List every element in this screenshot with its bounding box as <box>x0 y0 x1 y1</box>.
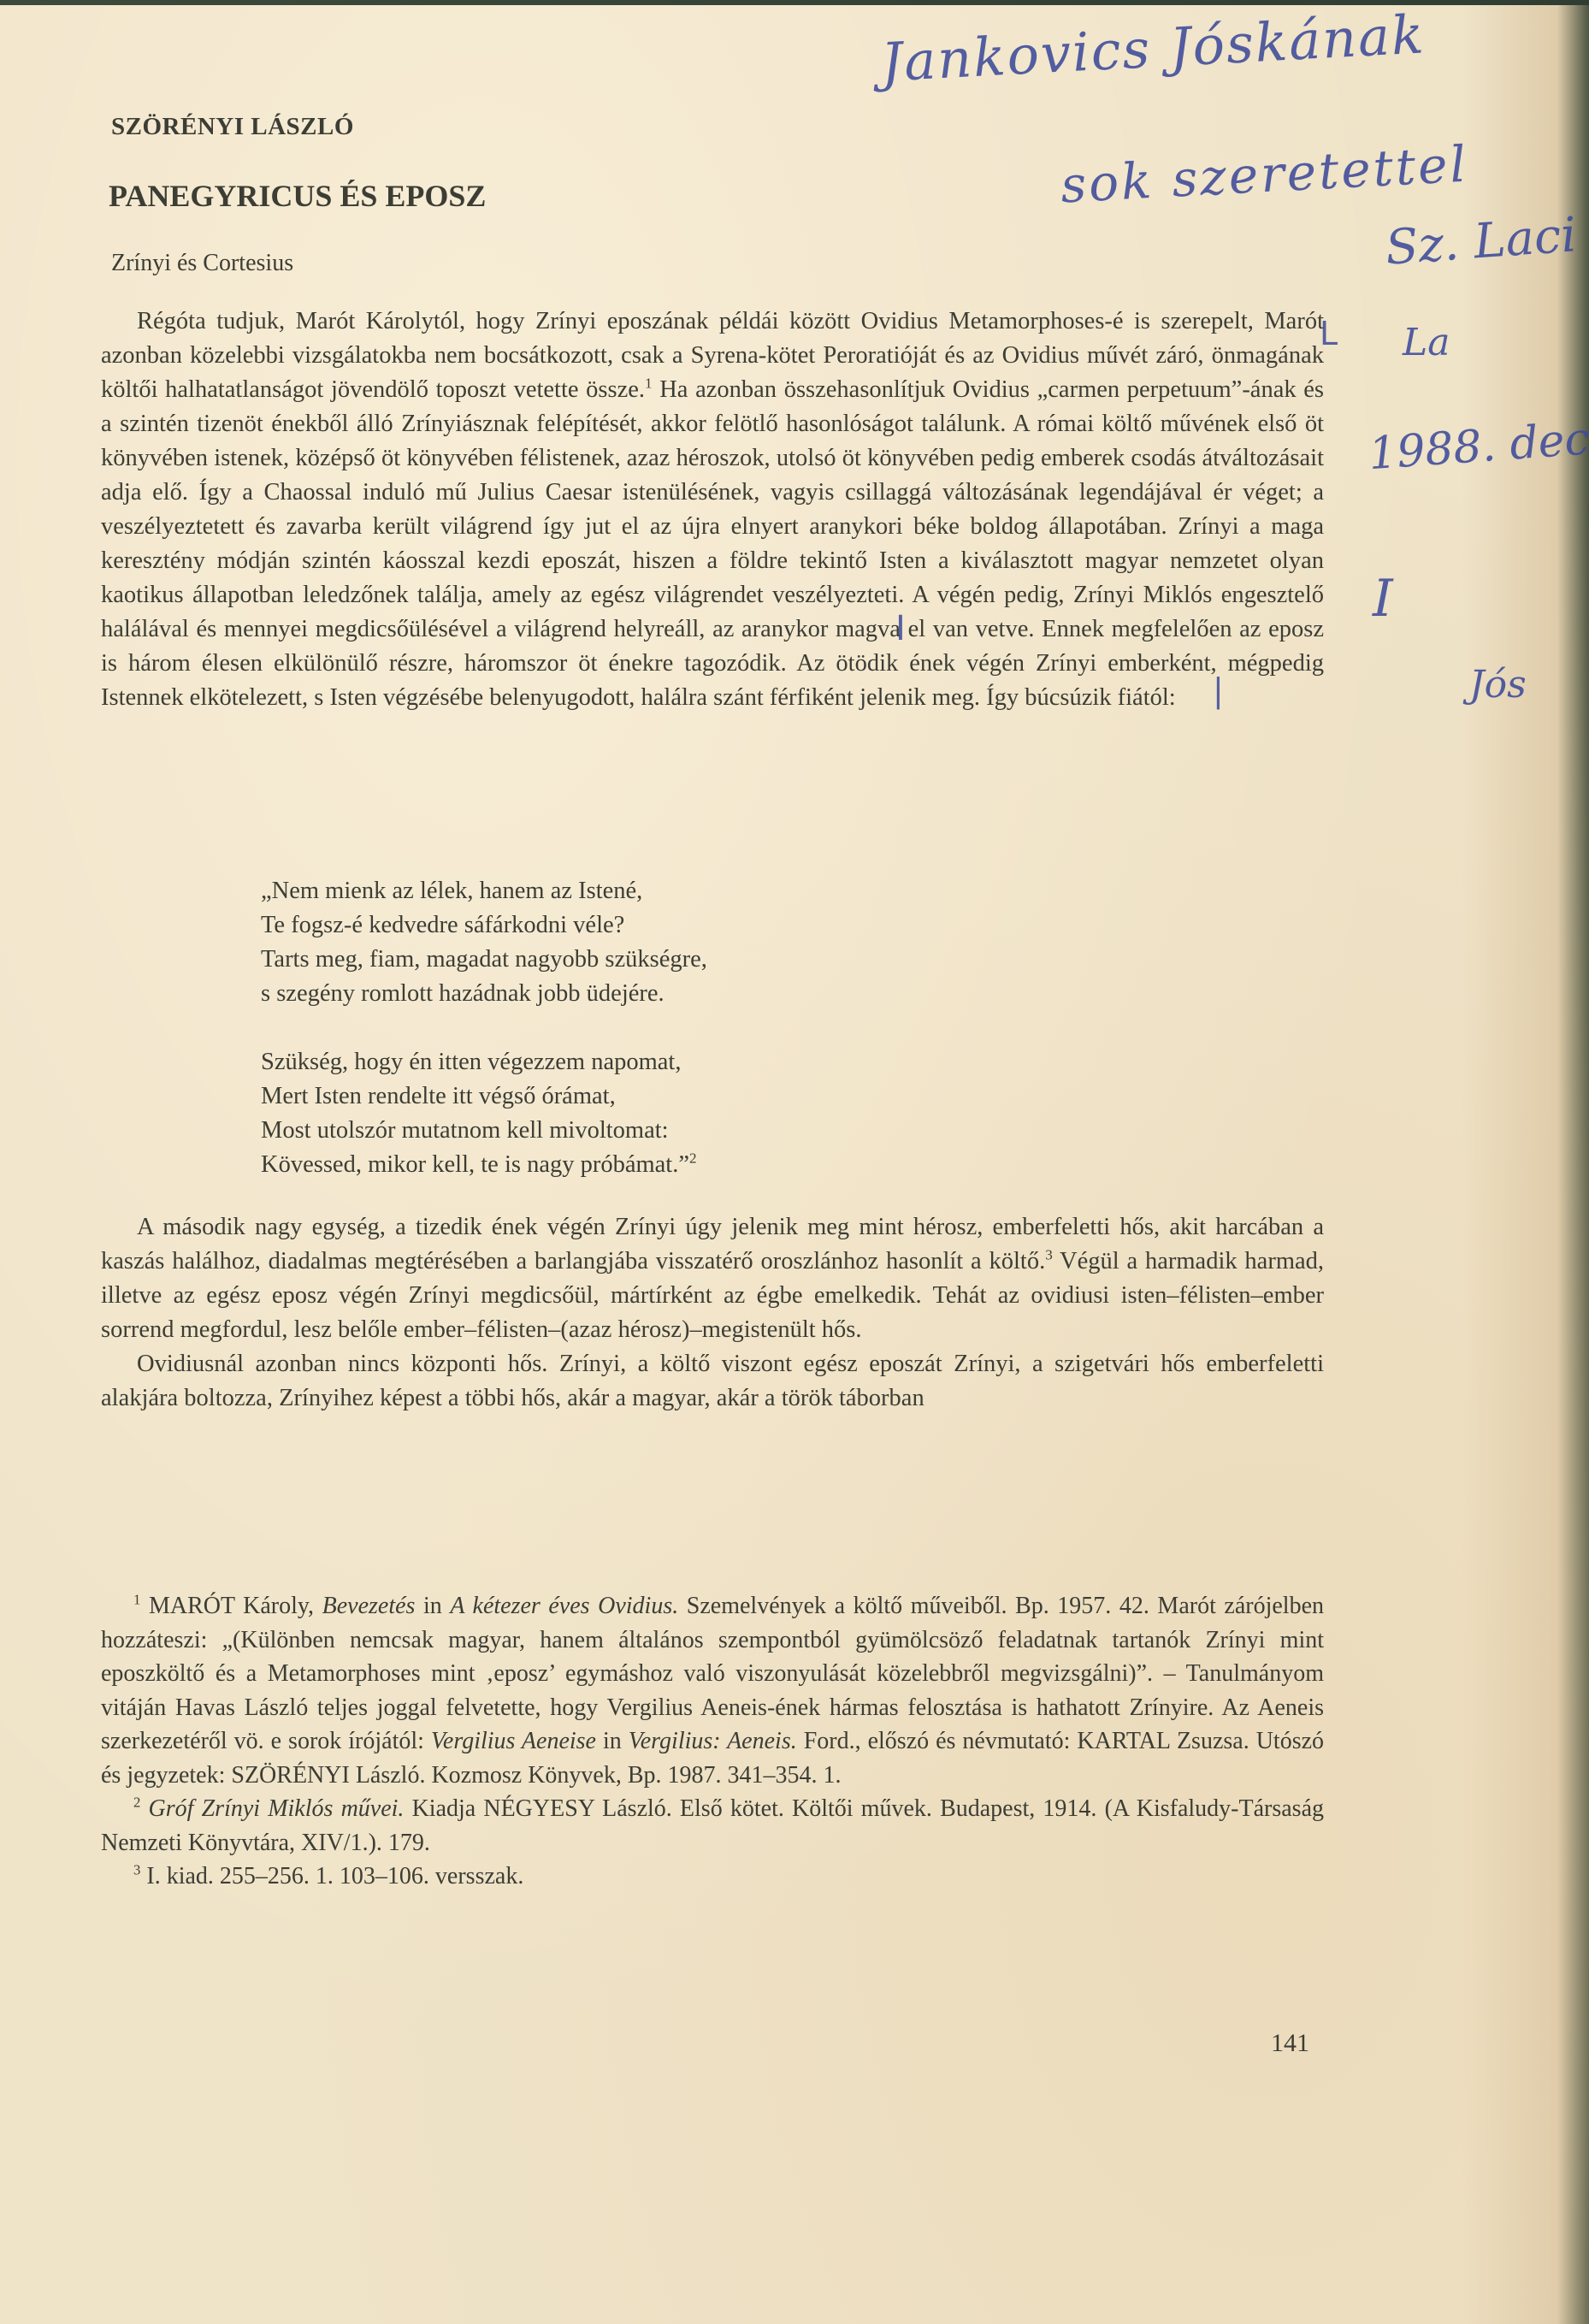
footnote-1: 1 MARÓT Károly, Bevezetés in A kétezer é… <box>101 1589 1324 1792</box>
handwritten-date: 1988. dec 7. <box>1367 410 1589 481</box>
footnote-italic: A kétezer éves Ovidius. <box>450 1593 678 1619</box>
poem-line: s szegény romlott hazádnak jobb üdejére. <box>261 977 707 1011</box>
poem-stanza-2: Szükség, hogy én itten végezzem napomat,… <box>261 1045 707 1182</box>
handwritten-dedication-line-1: Jankovics Jóskának <box>880 3 1427 93</box>
footnote-italic: Vergilius Aeneise <box>431 1728 596 1754</box>
footnote-text: in <box>415 1593 450 1619</box>
poem-line: Tarts meg, fiam, magadat nagyobb szükség… <box>261 943 707 977</box>
footnote-italic: Gróf Zrínyi Miklós művei. <box>149 1795 405 1822</box>
page-number: 141 <box>1271 2029 1309 2058</box>
body-paragraph-2: A második nagy egység, a tizedik ének vé… <box>101 1210 1324 1347</box>
scan-top-edge <box>0 0 1589 5</box>
poem-line-last: Kövessed, mikor kell, te is nagy próbáma… <box>261 1148 707 1182</box>
body-paragraph-3: Ovidiusnál azonban nincs központi hős. Z… <box>101 1347 1324 1416</box>
poem-line-text: Kövessed, mikor kell, te is nagy próbáma… <box>261 1151 689 1178</box>
footnote-number: 3 <box>133 1862 140 1878</box>
footnote-text: I. kiad. 255–256. 1. 103–106. versszak. <box>146 1863 523 1889</box>
footnote-number: 2 <box>133 1795 140 1811</box>
poem-line: „Nem mienk az lélek, hanem az Istené, <box>261 874 707 908</box>
footnote-ref-1[interactable]: 1 <box>645 376 653 392</box>
footnote-number: 1 <box>133 1592 140 1608</box>
poem-line: Te fogsz-é kedvedre sáfárkodni véle? <box>261 908 707 943</box>
article-subtitle: Zrínyi és Cortesius <box>111 250 293 277</box>
poem-line: Szükség, hogy én itten végezzem napomat, <box>261 1045 707 1079</box>
footnote-3: 3 I. kiad. 255–256. 1. 103–106. versszak… <box>101 1860 1324 1894</box>
handwritten-margin-note-2: I <box>1373 569 1393 629</box>
handwritten-margin-note-1: La <box>1403 321 1450 364</box>
poem-line: Mert Isten rendelte itt végső órámat, <box>261 1079 707 1114</box>
footnote-2: 2 Gróf Zrínyi Miklós művei. Kiadja NÉGYE… <box>101 1792 1324 1860</box>
footnote-text: MARÓT Károly, <box>149 1593 322 1619</box>
body-paragraph-1: Régóta tudjuk, Marót Károlytól, hogy Zrí… <box>101 305 1324 715</box>
handwritten-signature: Sz. Laci <box>1384 207 1578 275</box>
poem-stanza-1: „Nem mienk az lélek, hanem az Istené, Te… <box>261 874 707 1011</box>
footnote-ref-2[interactable]: 2 <box>689 1150 697 1167</box>
poem-line: Most utolszór mutatnom kell mivoltomat: <box>261 1114 707 1148</box>
article-title: PANEGYRICUS ÉS EPOSZ <box>109 178 486 214</box>
handwritten-dedication-line-2: sok szeretettel <box>1060 135 1470 215</box>
footnotes: 1 MARÓT Károly, Bevezetés in A kétezer é… <box>101 1589 1324 1894</box>
footnote-italic: Vergilius: Aeneis. <box>629 1728 797 1754</box>
poem-quotation: „Nem mienk az lélek, hanem az Istené, Te… <box>261 874 707 1216</box>
paragraph-1-text-cont: Ha azonban összehasonlítjuk Ovidius „car… <box>101 376 1324 711</box>
body-paragraphs-2-3: A második nagy egység, a tizedik ének vé… <box>101 1210 1324 1416</box>
article-author: SZÖRÉNYI LÁSZLÓ <box>111 113 354 141</box>
footnote-italic: Bevezetés <box>322 1593 416 1619</box>
footnote-ref-3[interactable]: 3 <box>1045 1247 1053 1263</box>
handwritten-margin-note-3: Jós <box>1469 663 1527 707</box>
paragraph-3-text: Ovidiusnál azonban nincs központi hős. Z… <box>101 1351 1324 1411</box>
footnote-text: in <box>596 1728 629 1754</box>
